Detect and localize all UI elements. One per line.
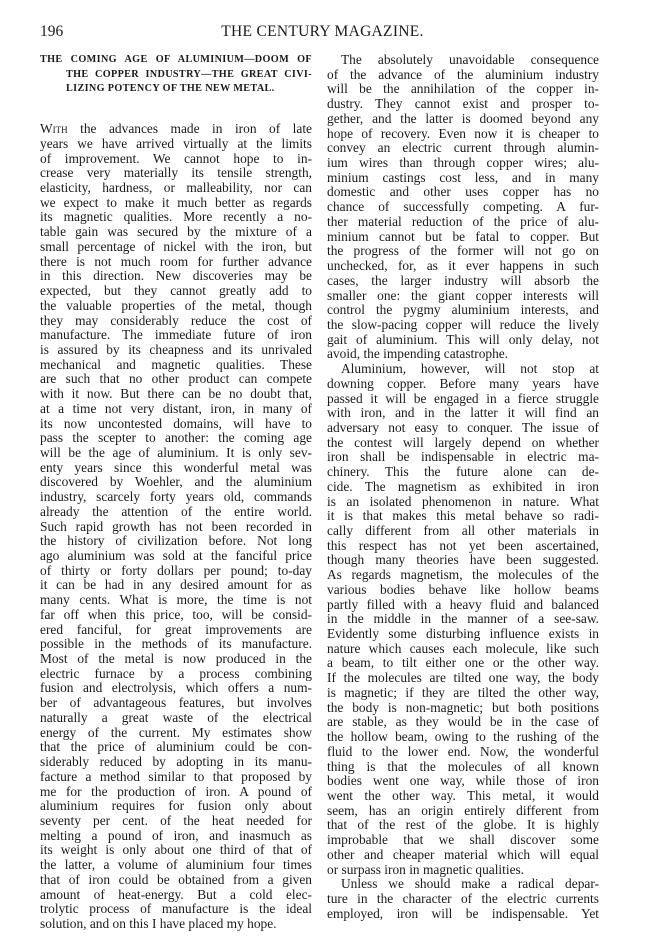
text-line: iron shall be indispensable in electric … [327, 450, 599, 465]
text-line: facture a method similar to that propose… [40, 770, 312, 785]
text-line: Evidently some disturbing influence exis… [327, 627, 599, 642]
text-line: that of iron could be obtained from a gi… [40, 873, 312, 888]
right-column: The absolutely unavoidable consequenceof… [327, 53, 599, 921]
heading-line: THE COMING AGE OF ALUMINIUM—DOOM OF [53, 53, 312, 68]
text-line: of improvement. We cannot hope to in- [40, 152, 312, 167]
body-paragraph: With the advances made in iron of lateye… [40, 122, 312, 932]
text-line: melting a pound of iron, and inasmuch as [40, 829, 312, 844]
text-line: the latter, a volume of aluminium four t… [40, 858, 312, 873]
text-line: ture in the character of the electric cu… [327, 892, 599, 907]
text-line: ther material reduction of the price of … [327, 215, 599, 230]
text-line: table gain was secured by the mixture of… [40, 225, 312, 240]
text-line: gether, and the latter is doomed beyond … [327, 112, 599, 127]
text-line: The absolutely unavoidable consequence [327, 53, 599, 68]
text-line: minium cannot but be fatal to copper. Bu… [327, 230, 599, 245]
text-line: the contest will largely depend on wheth… [327, 436, 599, 451]
text-line: crease very materially its tensile stren… [40, 166, 312, 181]
text-line: me for the production of iron. A pound o… [40, 785, 312, 800]
text-line: bodies went one way, while those of iron [327, 774, 599, 789]
left-column: THE COMING AGE OF ALUMINIUM—DOOM OF THE … [40, 53, 312, 932]
text-line: ago aluminium was sold at the fanciful p… [40, 549, 312, 564]
text-line: expected, but they cannot greatly add to [40, 284, 312, 299]
text-line: chance of successfully competing. A fur- [327, 200, 599, 215]
text-line: employed, iron will be indispensable. Ye… [327, 907, 599, 922]
text-line: trolytic process of manufacture is the i… [40, 902, 312, 917]
magazine-page: 196 THE CENTURY MAGAZINE. THE COMING AGE… [0, 0, 645, 952]
text-line: avoid, the impending catastrophe. [327, 347, 599, 362]
text-line: partly filled with a heavy fluid and bal… [327, 598, 599, 613]
text-line: solution, and on this I have placed my h… [40, 917, 312, 932]
text-line: dustry. They cannot exist and prosper to… [327, 97, 599, 112]
text-line: seem, has an origin entirely different f… [327, 804, 599, 819]
text-line: amount of heat-energy. But a cold elec- [40, 888, 312, 903]
text-line: in the middle in the manner of a see-saw… [327, 612, 599, 627]
text-line: aluminium requires for fusion only about [40, 799, 312, 814]
text-line: it is that makes this metal behave so ra… [327, 509, 599, 524]
text-line: there is not much room for further advan… [40, 255, 312, 270]
text-line: of thirty or forty dollars per pound; to… [40, 564, 312, 579]
text-line: though many theories have been suggested… [327, 553, 599, 568]
text-line: at a time not very distant, iron, in man… [40, 402, 312, 417]
running-head: 196 THE CENTURY MAGAZINE. [40, 22, 605, 42]
text-line: fluid to the lower end. Now, the wonderf… [327, 745, 599, 760]
text-line: already the attention of the entire worl… [40, 505, 312, 520]
text-line: of the advance of the aluminium industry [327, 68, 599, 83]
text-line: its now uncontested domains, will have t… [40, 417, 312, 432]
text-line: ber of advantageous features, but involv… [40, 696, 312, 711]
text-line: this respect has not yet been ascertaine… [327, 539, 599, 554]
text-line: ium wires than through copper wires; alu… [327, 156, 599, 171]
text-line: Most of the metal is now produced in the [40, 652, 312, 667]
text-line: far off when this price, too, will be co… [40, 608, 312, 623]
text-line: are stable, as they would be in the case… [327, 715, 599, 730]
text-line: the hollow beam, owing to the rushing of… [327, 730, 599, 745]
text-line: fusion and electrolysis, which offers a … [40, 681, 312, 696]
text-line: the body is non-magnetic; but both posit… [327, 701, 599, 716]
text-line: gait of aluminium. This will only delay,… [327, 333, 599, 348]
magazine-title: THE CENTURY MAGAZINE. [40, 22, 605, 42]
text-line: hope of recovery. Even now it is cheaper… [327, 127, 599, 142]
text-line: years we have arrived virtually at the l… [40, 137, 312, 152]
text-line: siderably reduced by adopting in its man… [40, 755, 312, 770]
body-paragraph: Unless we should make a radical depar-tu… [327, 877, 599, 921]
text-line: naturally a great waste of the electrica… [40, 711, 312, 726]
text-line: with it now. But there can be no doubt t… [40, 387, 312, 402]
body-paragraph: Aluminium, however, will not stop atdown… [327, 362, 599, 877]
section-heading: THE COMING AGE OF ALUMINIUM—DOOM OF THE … [40, 53, 312, 97]
text-line: minium castings cost less, and in many [327, 171, 599, 186]
text-line: will be the annihilation of the copper i… [327, 82, 599, 97]
text-line: cally different from all other materials… [327, 524, 599, 539]
text-line: manufacture. The immediate future of iro… [40, 328, 312, 343]
text-line: possible in the methods of its manufactu… [40, 637, 312, 652]
text-line: the slow-pacing copper will reduce the l… [327, 318, 599, 333]
text-line: mechanical and magnetic qualities. These [40, 358, 312, 373]
text-line: seventy per cent. of the heat needed for [40, 814, 312, 829]
text-line: small percentage of nickel with the iron… [40, 240, 312, 255]
text-line: thing is that the molecules of all known [327, 760, 599, 775]
text-line: we expect to make it much better as rega… [40, 196, 312, 211]
text-line: its weight is only about one third of th… [40, 843, 312, 858]
text-line: With the advances made in iron of late [40, 122, 312, 137]
text-line: its magnetic qualities. More recently a … [40, 210, 312, 225]
text-line: nature which causes each molecule, like … [327, 642, 599, 657]
text-line: elasticity, hardness, or malleability, n… [40, 181, 312, 196]
text-line: unchecked, for, as it ever happens in su… [327, 259, 599, 274]
text-line: went the other way. This metal, it would [327, 789, 599, 804]
text-line: Unless we should make a radical depar- [327, 877, 599, 892]
text-line: with iron, and in the latter it will fin… [327, 406, 599, 421]
text-line: various bodies behave like hollow beams [327, 583, 599, 598]
text-line: that of the rest of the globe. It is hig… [327, 818, 599, 833]
text-line: Aluminium, however, will not stop at [327, 362, 599, 377]
text-line: smaller one: the giant copper interests … [327, 289, 599, 304]
text-line: convey an electric current through alumi… [327, 141, 599, 156]
text-line: enty years since this wonderful metal wa… [40, 461, 312, 476]
text-line: If the molecules are tilted one way, the… [327, 671, 599, 686]
text-line: many cents. What is more, the time is no… [40, 593, 312, 608]
text-line: other and cheaper material which will eq… [327, 848, 599, 863]
text-line: will be the age of aluminium. It is only… [40, 446, 312, 461]
text-line: is magnetic; if they are tilted the othe… [327, 686, 599, 701]
text-line: industry, scarcely forty years old, comm… [40, 490, 312, 505]
text-line: that the price of aluminium could be con… [40, 740, 312, 755]
text-line: pass the scepter to another: the coming … [40, 431, 312, 446]
text-line: improbable that we shall discover some [327, 833, 599, 848]
text-line: cases, the larger industry will absorb t… [327, 274, 599, 289]
text-line: the history of civilization before. Not … [40, 534, 312, 549]
text-line: discovered by Woehler, and the aluminium [40, 475, 312, 490]
text-line: ered fanciful, for great improvements ar… [40, 623, 312, 638]
body-paragraph: The absolutely unavoidable consequenceof… [327, 53, 599, 362]
text-line: they may considerably reduce the cost of [40, 314, 312, 329]
text-line: passed it will be engaged in a fierce st… [327, 392, 599, 407]
text-line: is assured by its cheapness and its unri… [40, 343, 312, 358]
text-line: electric furnace by a process combining [40, 667, 312, 682]
text-line: downing copper. Before many years have [327, 377, 599, 392]
text-line: domestic and other uses copper has no [327, 185, 599, 200]
text-line: is an isolated phenomenon in nature. Wha… [327, 495, 599, 510]
text-line: in this direction. New discoveries may b… [40, 269, 312, 284]
text-line: chinery. This the future alone can de- [327, 465, 599, 480]
text-line: control the pygmy aluminium interests, a… [327, 303, 599, 318]
text-line: adversary not easy to conquer. The issue… [327, 421, 599, 436]
opening-word: With [40, 121, 68, 136]
text-line: or surpass iron in magnetic qualities. [327, 863, 599, 878]
text-line: a beam, to tilt either one or the other … [327, 656, 599, 671]
text-line: cide. The magnetism as exhibited in iron [327, 480, 599, 495]
text-line: the progress of the former will not go o… [327, 244, 599, 259]
heading-line: THE COPPER INDUSTRY—THE GREAT CIVI- [53, 68, 312, 83]
text-line: it can be had in any desired amount for … [40, 578, 312, 593]
text-line: As regards magnetism, the molecules of t… [327, 568, 599, 583]
text-line: are such that no other product can compe… [40, 372, 312, 387]
text-line: Such rapid growth has not been recorded … [40, 520, 312, 535]
text-line: energy of the current. My estimates show [40, 726, 312, 741]
heading-line: LIZING POTENCY OF THE NEW METAL. [53, 82, 312, 97]
text-line: the valuable properties of the metal, th… [40, 299, 312, 314]
